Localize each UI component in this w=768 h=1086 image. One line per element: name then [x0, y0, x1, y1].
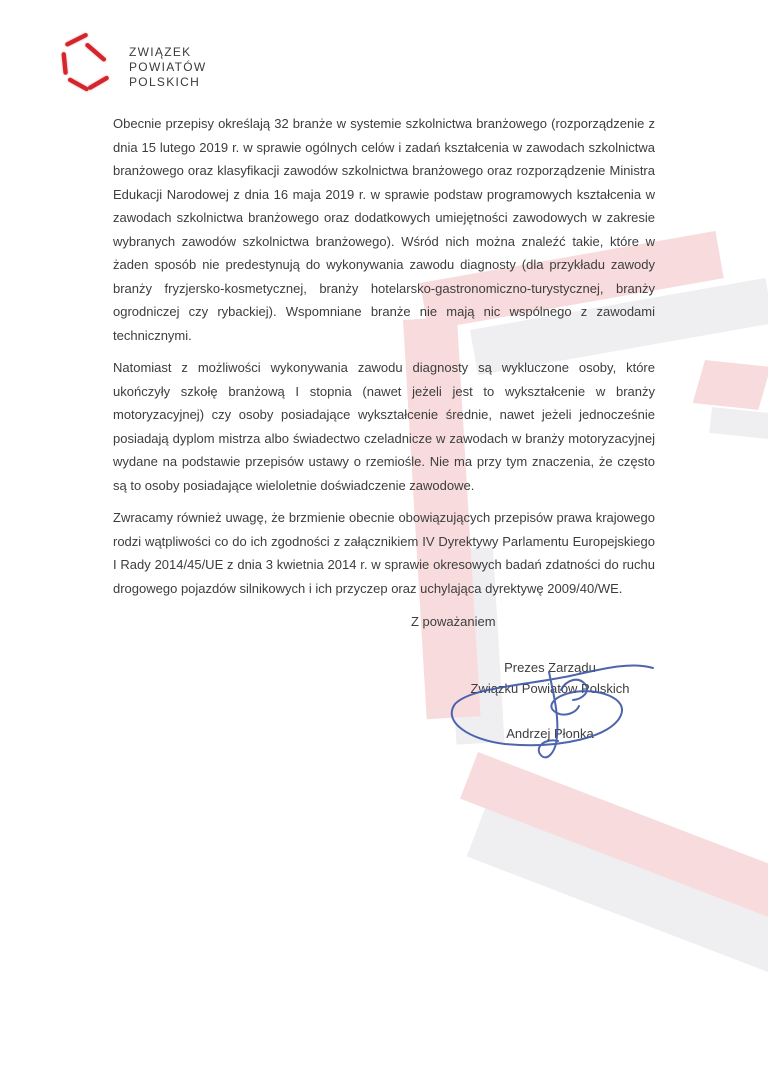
org-name-line: POWIATÓW — [129, 60, 207, 75]
signature-block: Prezes Zarządu Związku Powiatów Polskich… — [410, 657, 690, 744]
signer-title-line1: Prezes Zarządu — [410, 657, 690, 678]
org-logo: ZWIĄZEK POWIATÓW POLSKICH — [61, 31, 207, 95]
closing-salutation: Z poważaniem — [411, 614, 496, 629]
watermark-band-shadow-right — [709, 407, 768, 439]
org-name: ZWIĄZEK POWIATÓW POLSKICH — [129, 45, 207, 90]
signer-name: Andrzej Płonka — [410, 723, 690, 744]
watermark-band-right — [693, 360, 768, 410]
document-page: ZWIĄZEK POWIATÓW POLSKICH Obecnie przepi… — [0, 0, 768, 1086]
org-name-line: POLSKICH — [129, 75, 207, 90]
org-name-line: ZWIĄZEK — [129, 45, 207, 60]
body-paragraph: Obecnie przepisy określają 32 branże w s… — [113, 112, 655, 347]
body-paragraph: Zwracamy również uwagę, że brzmienie obe… — [113, 506, 655, 600]
signer-title-line2: Związku Powiatów Polskich — [410, 678, 690, 699]
letter-body: Obecnie przepisy określają 32 branże w s… — [113, 112, 655, 609]
zpp-pentagon-mark-icon — [61, 31, 113, 95]
body-paragraph: Natomiast z możliwości wykonywania zawod… — [113, 356, 655, 497]
